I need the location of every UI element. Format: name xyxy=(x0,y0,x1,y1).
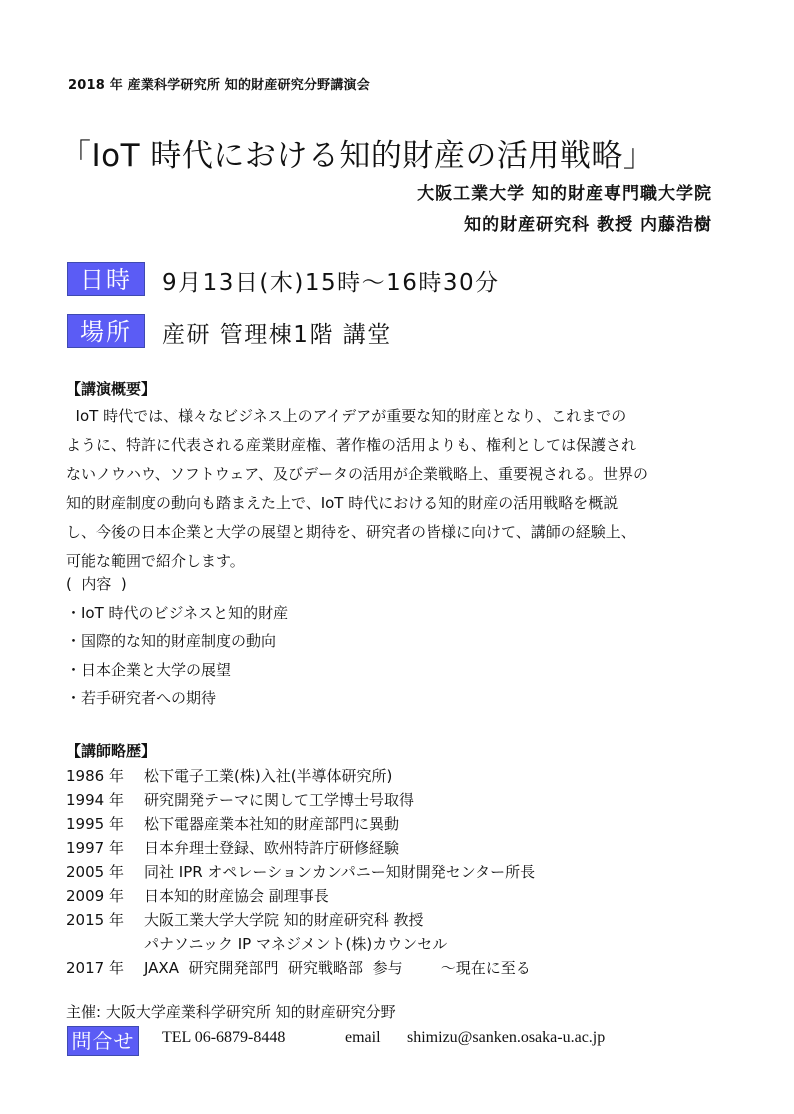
contact-tag: 問合せ xyxy=(67,1026,139,1056)
biography-entry: 1995 年松下電器産業本社知的財産部門に異動 xyxy=(66,812,535,836)
biography-list: 1986 年松下電子工業(株)入社(半導体研究所) 1994 年研究開発テーマに… xyxy=(66,764,535,980)
bio-year: 1986 年 xyxy=(66,764,144,788)
contact-phone: TEL 06-6879-8448 xyxy=(162,1029,285,1047)
bio-year: 2005 年 xyxy=(66,860,144,884)
contents-item: ・日本企業と大学の展望 xyxy=(66,656,288,685)
overview-paragraph: IoT 時代では、様々なビジネス上のアイデアが重要な知的財産となり、これまでの … xyxy=(66,402,746,576)
bio-year: 1995 年 xyxy=(66,812,144,836)
bio-text: 同社 IPR オペレーションカンパニー知財開発センター所長 xyxy=(144,860,535,884)
place-tag: 場所 xyxy=(67,314,145,348)
biography-heading: 【講師略歴】 xyxy=(66,740,156,761)
bio-year: 2015 年 xyxy=(66,908,144,932)
bio-text: 松下電器産業本社知的財産部門に異動 xyxy=(144,812,399,836)
contents-item: ・若手研究者への期待 xyxy=(66,684,288,713)
speaker-affiliation: 大阪工業大学 知的財産専門職大学院 xyxy=(417,179,712,204)
host-organization: 主催: 大阪大学産業科学研究所 知的財産研究分野 xyxy=(66,1001,396,1022)
event-label: 2018 年 産業科学研究所 知的財産研究分野講演会 xyxy=(68,74,370,93)
biography-entry: 2017 年JAXA 研究開発部門 研究戦略部 参与 ～現在に至る xyxy=(66,956,535,980)
bio-year: 2009 年 xyxy=(66,884,144,908)
overview-line: ように、特許に代表される産業財産権、著作権の活用よりも、権利としては保護され xyxy=(66,431,746,460)
place-value: 産研 管理棟1階 講堂 xyxy=(162,316,392,349)
bio-year: 1997 年 xyxy=(66,836,144,860)
biography-entry: パナソニック IP マネジメント(株)カウンセル xyxy=(66,932,535,956)
biography-entry: 1997 年日本弁理士登録、欧州特許庁研修経験 xyxy=(66,836,535,860)
overview-line: し、今後の日本企業と大学の展望と期待を、研究者の皆様に向けて、講師の経験上、 xyxy=(66,518,746,547)
bio-text: JAXA 研究開発部門 研究戦略部 参与 ～現在に至る xyxy=(144,956,531,980)
overview-line: 知的財産制度の動向も踏まえた上で、IoT 時代における知的財産の活用戦略を概説 xyxy=(66,489,746,518)
biography-entry: 2015 年大阪工業大学大学院 知的財産研究科 教授 xyxy=(66,908,535,932)
speaker-name-title: 知的財産研究科 教授 内藤浩樹 xyxy=(464,210,712,235)
overview-heading: 【講演概要】 xyxy=(66,378,156,399)
bio-text: 研究開発テーマに関して工学博士号取得 xyxy=(144,788,414,812)
overview-line: ないノウハウ、ソフトウェア、及びデータの活用が企業戦略上、重要視される。世界の xyxy=(66,460,746,489)
biography-entry: 1994 年研究開発テーマに関して工学博士号取得 xyxy=(66,788,535,812)
contents-list: ( 内容 ) ・IoT 時代のビジネスと知的財産 ・国際的な知的財産制度の動向 … xyxy=(66,570,288,713)
bio-text: 日本知的財産協会 副理事長 xyxy=(144,884,329,908)
overview-line: IoT 時代では、様々なビジネス上のアイデアが重要な知的財産となり、これまでの xyxy=(66,402,746,431)
bio-text: パナソニック IP マネジメント(株)カウンセル xyxy=(144,932,447,956)
bio-text: 日本弁理士登録、欧州特許庁研修経験 xyxy=(144,836,399,860)
biography-entry: 1986 年松下電子工業(株)入社(半導体研究所) xyxy=(66,764,535,788)
bio-text: 松下電子工業(株)入社(半導体研究所) xyxy=(144,764,392,788)
contents-label: ( 内容 ) xyxy=(66,570,288,599)
bio-text: 大阪工業大学大学院 知的財産研究科 教授 xyxy=(144,908,424,932)
email-label: email xyxy=(345,1029,381,1047)
bio-year: 2017 年 xyxy=(66,956,144,980)
contact-email[interactable]: shimizu@sanken.osaka-u.ac.jp xyxy=(407,1029,605,1047)
contents-item: ・国際的な知的財産制度の動向 xyxy=(66,627,288,656)
date-value: 9月13日(木)15時～16時30分 xyxy=(162,264,500,297)
bio-year xyxy=(66,932,144,956)
bio-year: 1994 年 xyxy=(66,788,144,812)
biography-entry: 2005 年同社 IPR オペレーションカンパニー知財開発センター所長 xyxy=(66,860,535,884)
biography-entry: 2009 年日本知的財産協会 副理事長 xyxy=(66,884,535,908)
lecture-title: 「IoT 時代における知的財産の活用戦略」 xyxy=(60,130,654,175)
date-tag: 日時 xyxy=(67,262,145,296)
contents-item: ・IoT 時代のビジネスと知的財産 xyxy=(66,599,288,628)
